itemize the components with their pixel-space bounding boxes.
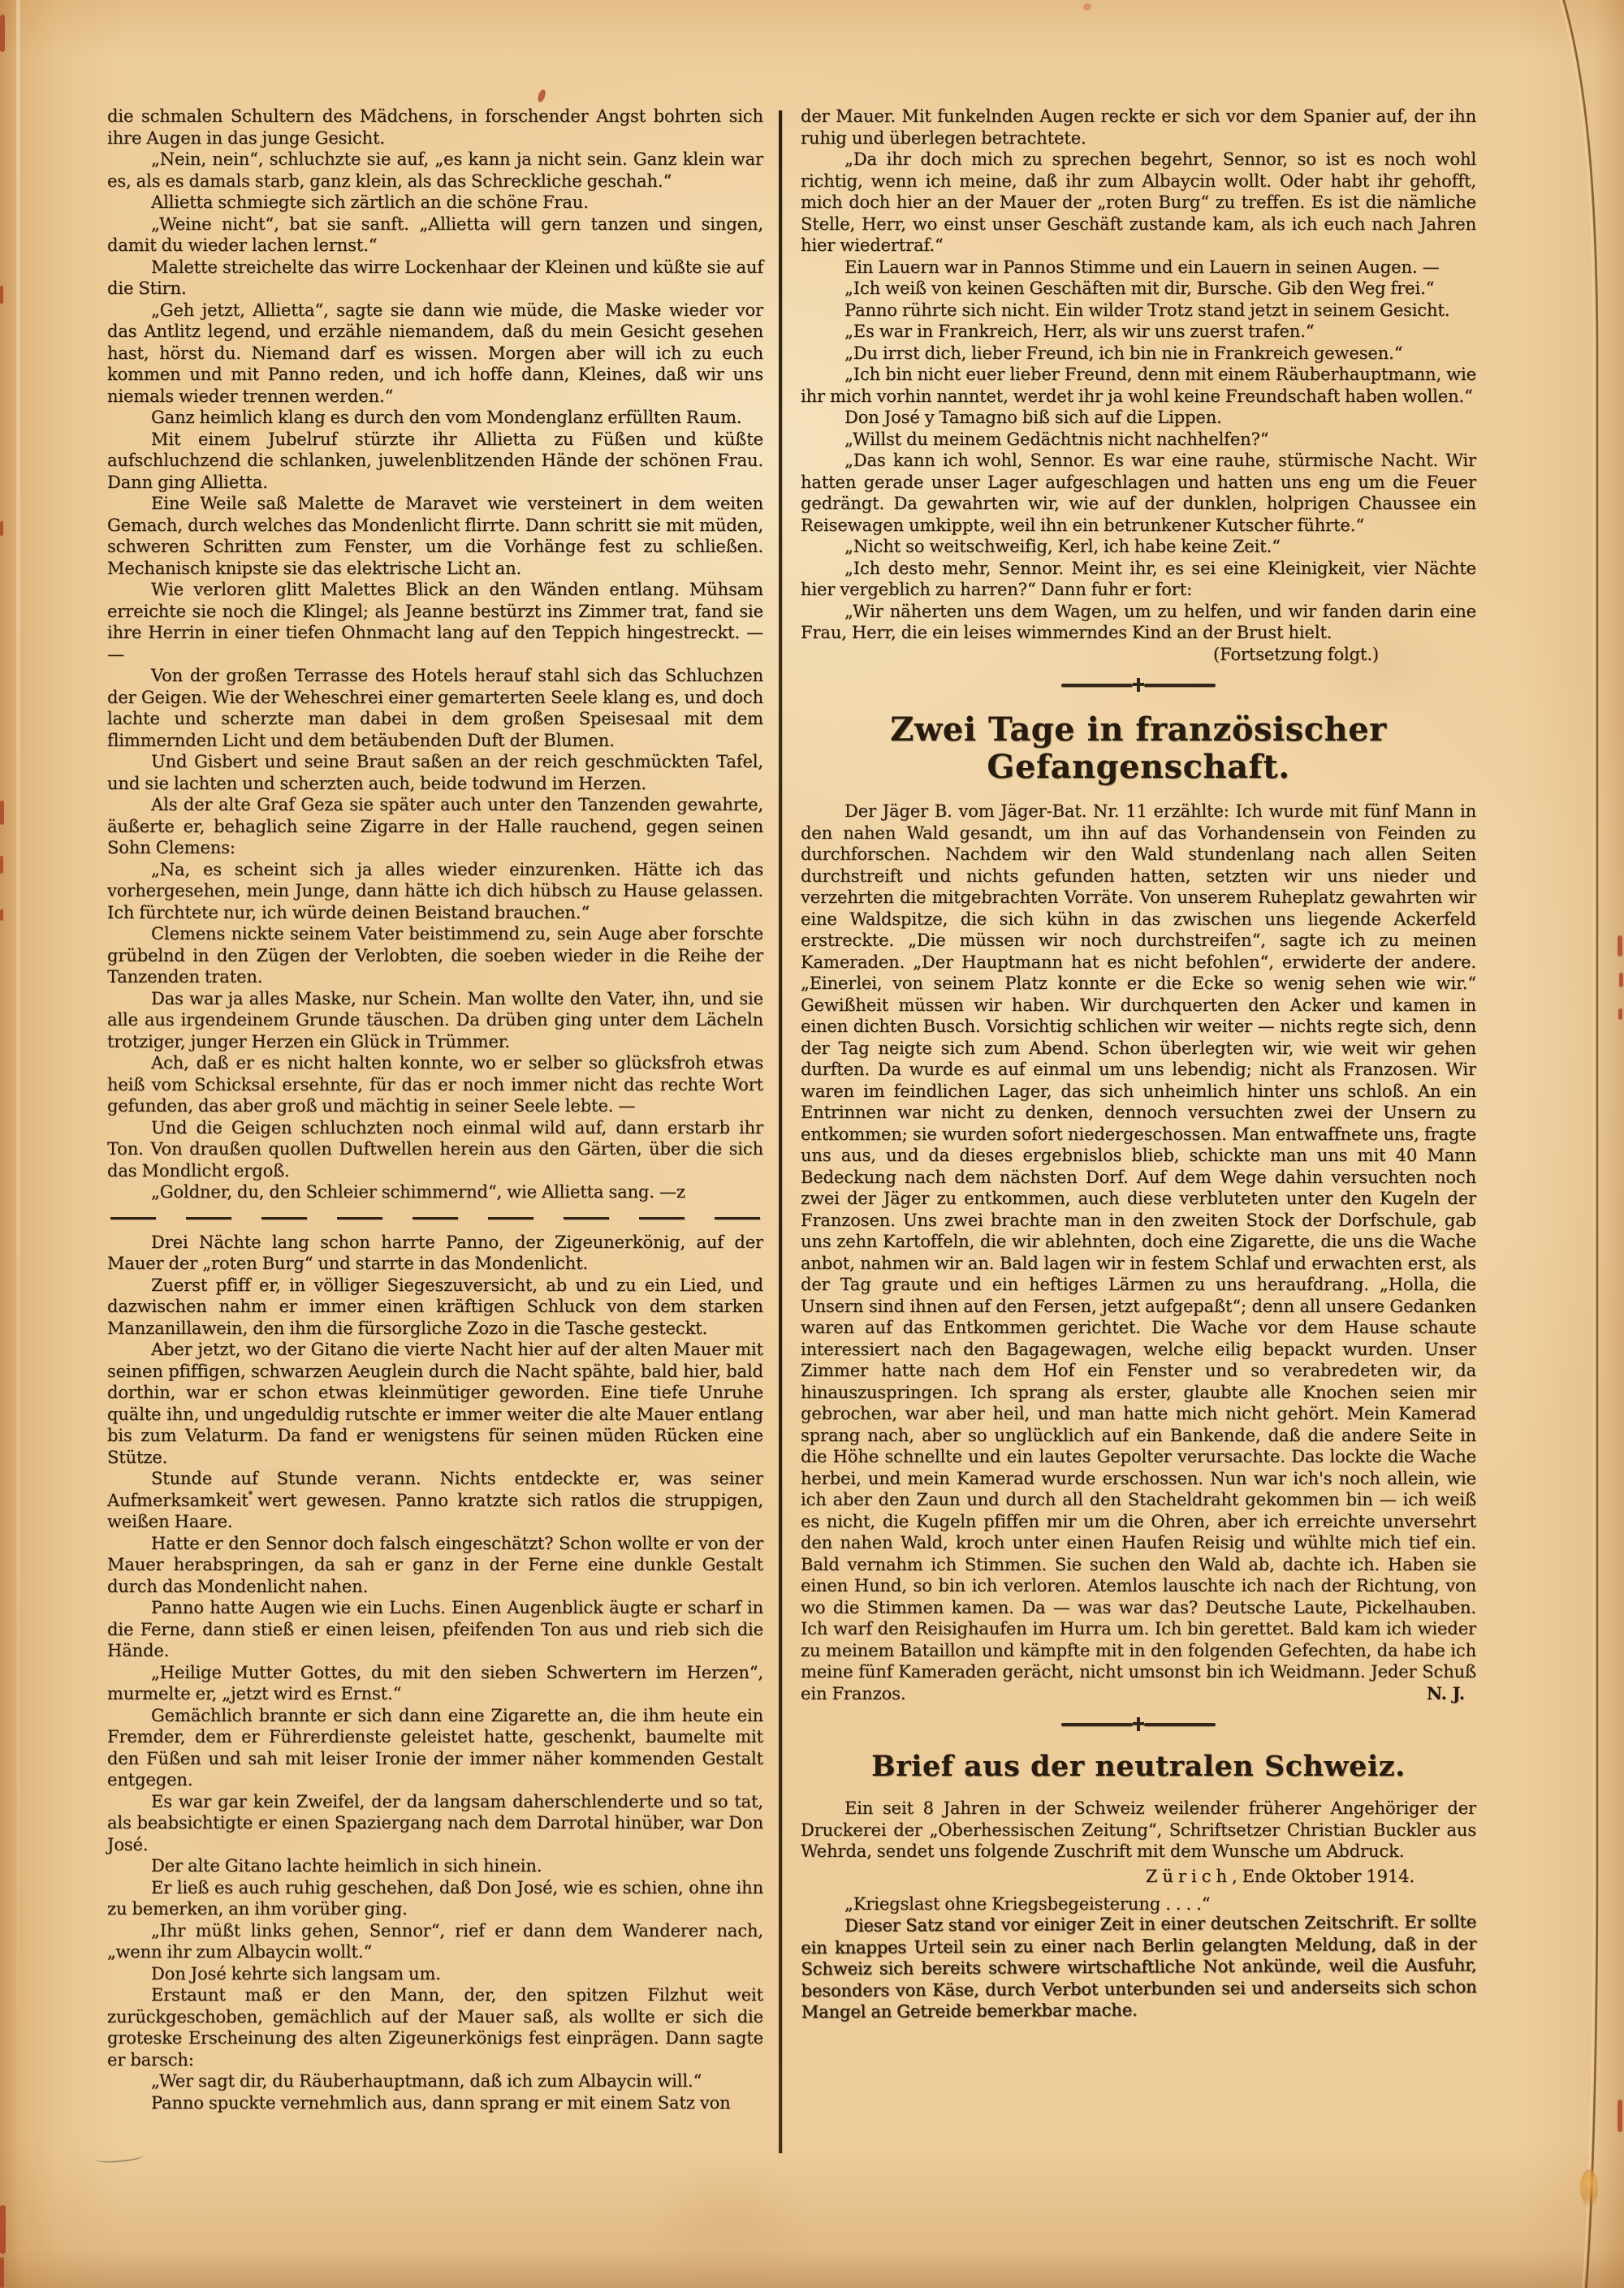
paragraph-text: Malette streichelte das wirre Lockenhaar… xyxy=(107,257,763,299)
separator-bar xyxy=(1144,1723,1216,1726)
paragraph-text: Don José kehrte sich langsam um. xyxy=(151,1964,441,1984)
right-edge-red-mark xyxy=(1618,2100,1622,2132)
paragraph-text: „Ich bin nicht euer lieber Freund, denn … xyxy=(801,365,1476,406)
paragraph: Das war ja alles Maske, nur Schein. Man … xyxy=(107,988,763,1053)
paragraph: Er ließ es auch ruhig geschehen, daß Don… xyxy=(107,1877,763,1920)
paragraph-text: Drei Nächte lang schon harrte Panno, der… xyxy=(107,1232,763,1274)
paragraph: Und die Geigen schluchzten noch einmal w… xyxy=(107,1117,763,1182)
paragraph: „Na, es scheint sich ja alles wieder ein… xyxy=(107,859,763,924)
dash xyxy=(639,1217,685,1220)
right-edge-red-mark xyxy=(1618,935,1622,956)
paragraph: Es war gar kein Zweifel, der da langsam … xyxy=(107,1791,763,1856)
dateline-rest: , Ende Oktober 1914. xyxy=(1232,1867,1415,1886)
paragraph: Der alte Gitano lachte heimlich in sich … xyxy=(107,1855,763,1877)
left-edge-red-mark xyxy=(0,801,4,825)
paragraph-text: „Ihr müßt links gehen, Sennor“, rief er … xyxy=(107,1921,763,1962)
paragraph: Und Gisbert und seine Braut saßen an der… xyxy=(107,751,763,794)
paragraph: „Du irrst dich, lieber Freund, ich bin n… xyxy=(801,343,1476,365)
paragraph-text: Und die Geigen schluchzten noch einmal w… xyxy=(107,1118,763,1181)
paragraph-text: Ganz heimlich klang es durch den vom Mon… xyxy=(151,408,741,427)
paragraph: Aber jetzt, wo der Gitano die vierte Nac… xyxy=(107,1339,763,1468)
paragraph: die schmalen Schultern des Mädchens, in … xyxy=(107,106,763,149)
dateline-city: Zürich xyxy=(1146,1867,1232,1886)
paragraph: „Nicht so weitschweifig, Kerl, ich habe … xyxy=(801,536,1476,558)
paragraph-text: „Wir näherten uns dem Wagen, um zu helfe… xyxy=(801,602,1476,643)
paragraph-text: „Ich weiß von keinen Geschäften mit dir,… xyxy=(844,278,1434,298)
separator-bar xyxy=(1144,684,1216,687)
paragraph: Clemens nickte seinem Vater beistimmend … xyxy=(107,923,763,988)
paragraph-text: Panno spuckte vernehmlich aus, dann spra… xyxy=(151,2093,731,2113)
paragraph: Von der großen Terrasse des Hotels herau… xyxy=(107,665,763,751)
column-divider-rule xyxy=(779,110,782,2153)
paragraph-text: Don José y Tamagno biß sich auf die Lipp… xyxy=(844,408,1222,427)
wax-blob xyxy=(1580,2169,1598,2207)
paragraph-text: „Kriegslast ohne Kriegsbegeisterung . . … xyxy=(844,1894,1210,1914)
paragraph: „Wir näherten uns dem Wagen, um zu helfe… xyxy=(801,601,1476,644)
paragraph-text: Zuerst pfiff er, in völliger Siegeszuver… xyxy=(107,1276,763,1338)
paragraph-text: Es war gar kein Zweifel, der da langsam … xyxy=(107,1792,763,1854)
left-edge-red-mark xyxy=(0,521,3,536)
author-initials: N. J. xyxy=(1427,1683,1465,1705)
right-column: der Mauer. Mit funkelnden Augen reckte e… xyxy=(801,106,1476,2023)
paragraph: „Ich desto mehr, Sennor. Meint ihr, es s… xyxy=(801,558,1476,601)
paragraph: „Es war in Frankreich, Herr, als wir uns… xyxy=(801,321,1476,343)
paragraph: Allietta schmiegte sich zärtlich an die … xyxy=(107,192,763,214)
paragraph: „Da ihr doch mich zu sprechen begehrt, S… xyxy=(801,149,1476,257)
paragraph-text: Eine Weile saß Malette de Maravet wie ve… xyxy=(107,494,763,578)
continuation-notice: (Fortsetzung folgt.) xyxy=(801,644,1476,666)
paragraph: Ach, daß er es nicht halten konnte, wo e… xyxy=(107,1052,763,1117)
paragraph-text: „Da ihr doch mich zu sprechen begehrt, S… xyxy=(801,149,1476,255)
paragraph-text: Stunde auf Stunde verann. Nichts entdeck… xyxy=(107,1469,763,1531)
right-edge-red-mark xyxy=(1619,973,1623,987)
paragraph-text: (Fortsetzung folgt.) xyxy=(1213,645,1379,664)
paragraph-text: „Das kann ich wohl, Sennor. Es war eine … xyxy=(801,451,1476,535)
paragraph-text: Er ließ es auch ruhig geschehen, daß Don… xyxy=(107,1878,763,1919)
paragraph-text: „Heilige Mutter Gottes, du mit den siebe… xyxy=(107,1663,763,1704)
separator-ornament xyxy=(1061,678,1216,692)
paragraph-text: Clemens nickte seinem Vater beistimmend … xyxy=(107,924,763,986)
paragraph-text: „Willst du meinem Gedächtnis nicht nachh… xyxy=(844,430,1268,449)
paragraph-text: „Nein, nein“, schluchzte sie auf, „es ka… xyxy=(107,149,763,191)
paragraph: Ganz heimlich klang es durch den vom Mon… xyxy=(107,407,763,429)
paragraph: „Ich bin nicht euer lieber Freund, denn … xyxy=(801,364,1476,407)
paragraph: Zuerst pfiff er, in völliger Siegeszuver… xyxy=(107,1275,763,1340)
red-ink-fleck xyxy=(537,88,546,102)
paragraph-text: Der Jäger B. vom Jäger-Bat. Nr. 11 erzäh… xyxy=(801,801,1476,1703)
pencil-squiggle xyxy=(96,2151,144,2164)
paragraph: Don José kehrte sich langsam um. xyxy=(107,1963,763,1985)
dash xyxy=(337,1217,382,1220)
paragraph-text: Allietta schmiegte sich zärtlich an die … xyxy=(151,192,589,212)
paragraph: „Goldner, du, den Schleier schimmernd“, … xyxy=(107,1181,763,1203)
dash xyxy=(261,1217,307,1220)
paragraph-text: Aber jetzt, wo der Gitano die vierte Nac… xyxy=(107,1340,763,1467)
paragraph-text: Panno hatte Augen wie ein Luchs. Einen A… xyxy=(107,1598,763,1660)
left-edge-red-mark xyxy=(0,286,3,304)
newspaper-page: die schmalen Schultern des Mädchens, in … xyxy=(0,0,1624,2288)
separator-cross-icon xyxy=(1137,678,1140,692)
war-report-paragraph: Der Jäger B. vom Jäger-Bat. Nr. 11 erzäh… xyxy=(801,801,1476,1704)
paragraph-text: „Nicht so weitschweifig, Kerl, ich habe … xyxy=(844,537,1281,556)
right-edge-red-mark xyxy=(1618,1008,1622,1020)
paragraph: Wie verloren glitt Malettes Blick an den… xyxy=(107,579,763,665)
section-headline-schweiz: Brief aus der neutralen Schweiz. xyxy=(801,1751,1476,1783)
dash xyxy=(564,1217,609,1220)
paragraph-text: „Du irrst dich, lieber Freund, ich bin n… xyxy=(844,343,1402,363)
paragraph-text: „Goldner, du, den Schleier schimmernd“, … xyxy=(151,1182,685,1202)
separator-bar xyxy=(1061,684,1133,687)
paragraph-text: „Wer sagt dir, du Räuberhauptmann, daß i… xyxy=(151,2071,702,2091)
paragraph-text: der Mauer. Mit funkelnden Augen reckte e… xyxy=(801,106,1476,148)
paragraph-text: Dieser Satz stand vor einiger Zeit in ei… xyxy=(801,1912,1476,2022)
paragraph-text: Von der großen Terrasse des Hotels herau… xyxy=(107,666,763,750)
paragraph-text: Als der alte Graf Geza sie später auch u… xyxy=(107,795,763,857)
page-left-edge-highlight xyxy=(16,0,20,2288)
paragraph: „Heilige Mutter Gottes, du mit den siebe… xyxy=(107,1662,763,1705)
paragraph: Panno hatte Augen wie ein Luchs. Einen A… xyxy=(107,1597,763,1662)
left-edge-red-mark xyxy=(0,909,3,921)
paragraph: Panno rührte sich nicht. Ein wilder Trot… xyxy=(801,300,1476,322)
paragraph-text: Ach, daß er es nicht halten konnte, wo e… xyxy=(107,1053,763,1116)
paragraph: Gemächlich brannte er sich dann eine Zig… xyxy=(107,1705,763,1791)
paragraph-text: Ein seit 8 Jahren in der Schweiz weilend… xyxy=(801,1798,1476,1861)
paragraph-text: Panno rührte sich nicht. Ein wilder Trot… xyxy=(844,300,1449,320)
paragraph-text: die schmalen Schultern des Mädchens, in … xyxy=(107,106,763,148)
section-headline-gefangenschaft: Zwei Tage in französischer Gefangenschaf… xyxy=(801,711,1476,786)
paragraph-text: Wie verloren glitt Malettes Blick an den… xyxy=(107,580,763,664)
separator-cross-icon xyxy=(1137,1717,1140,1731)
dash xyxy=(412,1217,458,1220)
paragraph-text: Mit einem Jubelruf stürzte ihr Allietta … xyxy=(107,430,763,492)
paragraph: Eine Weile saß Malette de Maravet wie ve… xyxy=(107,493,763,579)
pink-dot xyxy=(1083,3,1091,11)
left-edge-red-mark xyxy=(0,2205,6,2254)
left-edge-red-mark xyxy=(0,856,3,874)
paragraph: Ein Lauern war in Pannos Stimme und ein … xyxy=(801,257,1476,278)
paragraph-text: „Ich desto mehr, Sennor. Meint ihr, es s… xyxy=(801,559,1476,600)
separator-ornament xyxy=(1061,1717,1216,1731)
paragraph-text: Ein Lauern war in Pannos Stimme und ein … xyxy=(844,257,1439,277)
paragraph-text: „Es war in Frankreich, Herr, als wir uns… xyxy=(844,322,1314,341)
paragraph: Stunde auf Stunde verann. Nichts entdeck… xyxy=(107,1468,763,1533)
dash-separator xyxy=(110,1217,760,1220)
separator-bar xyxy=(1061,1723,1133,1726)
paragraph: Malette streichelte das wirre Lockenhaar… xyxy=(107,257,763,300)
paragraph: „Wer sagt dir, du Räuberhauptmann, daß i… xyxy=(107,2070,763,2092)
paragraph-text: Erstaunt maß er den Mann, der, den spitz… xyxy=(107,1985,763,2070)
paragraph: „Willst du meinem Gedächtnis nicht nachh… xyxy=(801,429,1476,451)
dateline-zurich: Zürich, Ende Oktober 1914. xyxy=(801,1866,1476,1888)
left-column: die schmalen Schultern des Mädchens, in … xyxy=(107,106,763,2113)
paragraph: Drei Nächte lang schon harrte Panno, der… xyxy=(107,1232,763,1275)
paragraph: Don José y Tamagno biß sich auf die Lipp… xyxy=(801,407,1476,429)
paragraph-text: Gemächlich brannte er sich dann eine Zig… xyxy=(107,1706,763,1790)
paragraph: Panno spuckte vernehmlich aus, dann spra… xyxy=(107,2092,763,2114)
paragraph: „Geh jetzt, Allietta“, sagte sie dann wi… xyxy=(107,300,763,408)
left-edge-red-mark xyxy=(0,15,5,52)
paragraph-text: Hatte er den Sennor doch falsch eingesch… xyxy=(107,1534,763,1596)
paragraph-text: Und Gisbert und seine Braut saßen an der… xyxy=(107,752,763,793)
paragraph: Als der alte Graf Geza sie später auch u… xyxy=(107,794,763,859)
left-edge-red-mark xyxy=(0,2257,4,2288)
paragraph-text: Der alte Gitano lachte heimlich in sich … xyxy=(151,1856,542,1876)
paragraph: „Ich weiß von keinen Geschäften mit dir,… xyxy=(801,278,1476,300)
dash xyxy=(186,1217,231,1220)
letter-body-paragraph: Dieser Satz stand vor einiger Zeit in ei… xyxy=(801,1911,1477,2023)
paragraph: Mit einem Jubelruf stürzte ihr Allietta … xyxy=(107,429,763,494)
paragraph: Erstaunt maß er den Mann, der, den spitz… xyxy=(107,1984,763,2070)
paragraph: „Ihr müßt links gehen, Sennor“, rief er … xyxy=(107,1920,763,1963)
paragraph: „Das kann ich wohl, Sennor. Es war eine … xyxy=(801,450,1476,536)
paragraph-text: „Weine nicht“, bat sie sanft. „Allietta … xyxy=(107,214,763,256)
paragraph: „Weine nicht“, bat sie sanft. „Allietta … xyxy=(107,214,763,257)
paragraph-text: Das war ja alles Maske, nur Schein. Man … xyxy=(107,989,763,1051)
paragraph: der Mauer. Mit funkelnden Augen reckte e… xyxy=(801,106,1476,149)
paragraph-text: „Geh jetzt, Allietta“, sagte sie dann wi… xyxy=(107,300,763,406)
paragraph: Hatte er den Sennor doch falsch eingesch… xyxy=(107,1533,763,1598)
paragraph: „Nein, nein“, schluchzte sie auf, „es ka… xyxy=(107,149,763,192)
dash xyxy=(715,1217,760,1220)
dash xyxy=(488,1217,533,1220)
dash xyxy=(110,1217,156,1220)
letter-intro-paragraph: Ein seit 8 Jahren in der Schweiz weilend… xyxy=(801,1798,1476,1863)
paragraph-text: „Na, es scheint sich ja alles wieder ein… xyxy=(107,860,763,922)
